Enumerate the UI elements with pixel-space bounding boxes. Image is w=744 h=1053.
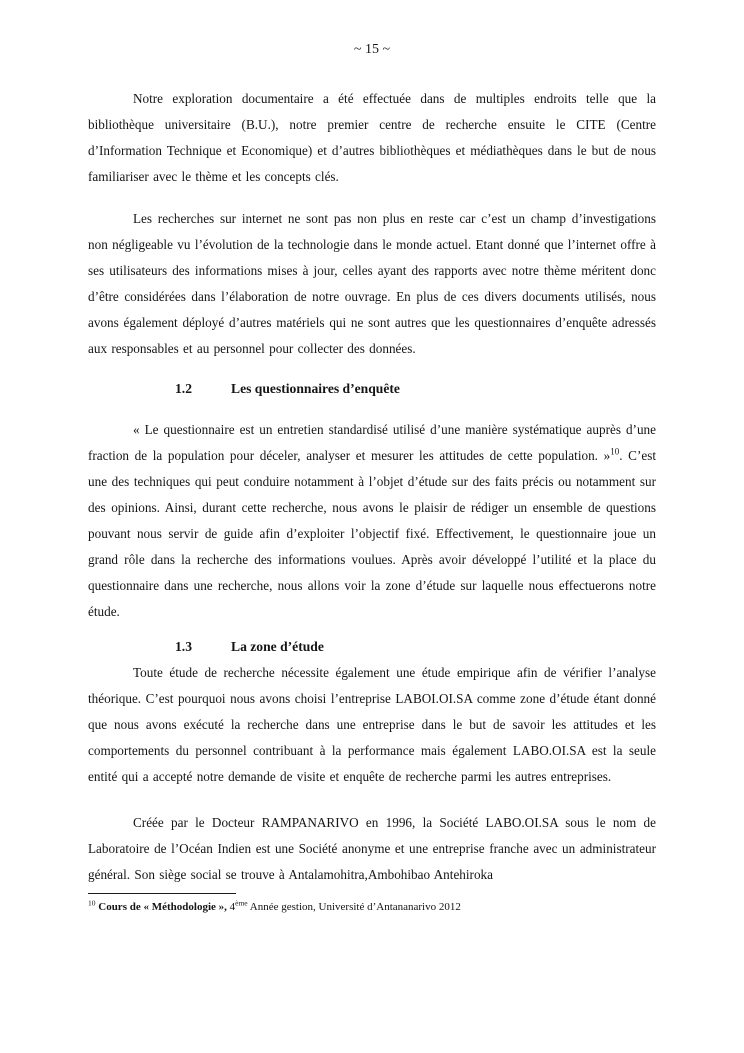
section-title-1-3: La zone d’étude — [231, 634, 324, 660]
paragraph-documentary-exploration: Notre exploration documentaire a été eff… — [88, 86, 656, 190]
document-page: ~ 15 ~ Notre exploration documentaire a … — [0, 0, 744, 1053]
footnote-number: 10 — [88, 898, 96, 907]
paragraph-company-history: Créée par le Docteur RAMPANARIVO en 1996… — [88, 810, 656, 888]
section-title-1-2: Les questionnaires d’enquête — [231, 376, 400, 402]
page-number: ~ 15 ~ — [88, 0, 656, 58]
paragraph-internet-research: Les recherches sur internet ne sont pas … — [88, 206, 656, 362]
paragraph-continuation: . C’est une des techniques qui peut cond… — [88, 448, 656, 619]
footnote-text: 10 Cours de « Méthodologie », 4ème Année… — [88, 899, 656, 916]
paragraph-study-zone: Toute étude de recherche nécessite égale… — [88, 660, 656, 790]
paragraph-questionnaire-definition: « Le questionnaire est un entretien stan… — [88, 417, 656, 625]
quote-text: « Le questionnaire est un entretien stan… — [88, 422, 656, 463]
footnote-detail-post: Année gestion, Université d’Antananarivo… — [248, 901, 461, 913]
footnote-separator — [88, 893, 236, 894]
footnote-ordinal-suffix: ème — [235, 898, 248, 907]
section-heading-1-3: 1.3 La zone d’étude — [88, 634, 656, 660]
section-heading-1-2: 1.2 Les questionnaires d’enquête — [88, 376, 656, 402]
section-number-1-2: 1.2 — [175, 376, 231, 402]
section-number-1-3: 1.3 — [175, 634, 231, 660]
footnote-source-title: Cours de « Méthodologie », — [98, 901, 227, 913]
footnote-reference-marker: 10 — [610, 447, 619, 457]
footnote-area: 10 Cours de « Méthodologie », 4ème Année… — [88, 893, 656, 916]
